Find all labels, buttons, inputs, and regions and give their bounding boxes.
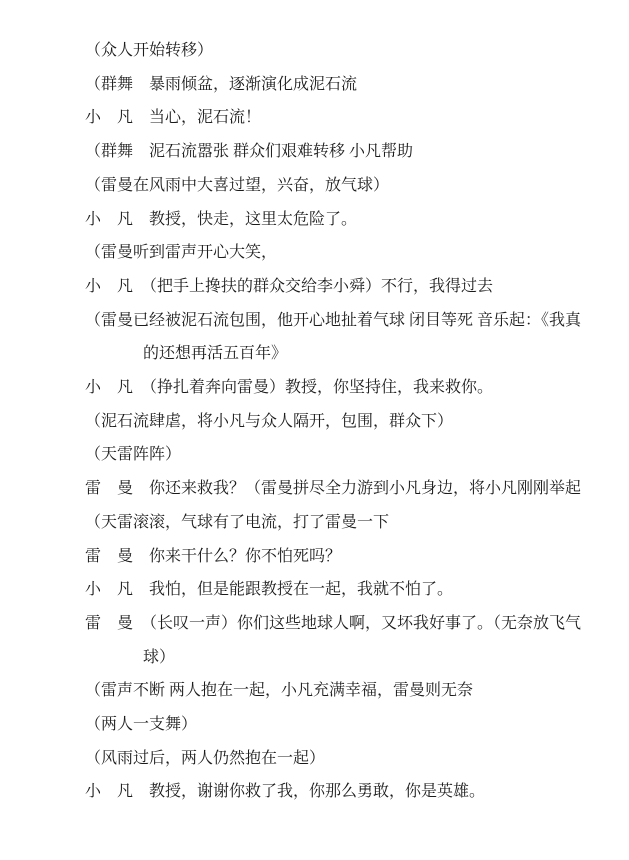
script-line: 小 凡 教授，谢谢你救了我，你那么勇敢，你是英雄。 xyxy=(85,775,615,809)
script-line: 小 凡 （挣扎着奔向雷曼）教授，你坚持住，我来救你。 xyxy=(85,371,615,405)
script-line: （泥石流肆虐，将小凡与众人隔开，包围，群众下） xyxy=(85,405,615,439)
script-line: （雷曼在风雨中大喜过望，兴奋，放气球） xyxy=(85,169,615,203)
script-line: 雷 曼 （长叹一声）你们这些地球人啊，又坏我好事了。（无奈放飞气 xyxy=(85,607,615,641)
script-line: （天雷滚滚，气球有了电流，打了雷曼一下 xyxy=(85,506,615,540)
script-line: （天雷阵阵） xyxy=(85,438,615,472)
script-line: 小 凡 我怕，但是能跟教授在一起，我就不怕了。 xyxy=(85,573,615,607)
script-line: （众人开始转移） xyxy=(85,34,615,68)
script-line: （群舞 泥石流嚣张 群众们艰难转移 小凡帮助 xyxy=(85,135,615,169)
script-line: （两人一支舞） xyxy=(85,708,615,742)
script-line: （雷曼听到雷声开心大笑， xyxy=(85,236,615,270)
script-line: 小 凡 教授，快走，这里太危险了。 xyxy=(85,203,615,237)
script-line: 小 凡 （把手上搀扶的群众交给李小舜）不行，我得过去 xyxy=(85,270,615,304)
script-line: （风雨过后，两人仍然抱在一起） xyxy=(85,742,615,776)
script-line: （雷声不断 两人抱在一起，小凡充满幸福，雷曼则无奈 xyxy=(85,674,615,708)
script-line: 小 凡 当心，泥石流！ xyxy=(85,101,615,135)
script-text-block: （众人开始转移） （群舞 暴雨倾盆，逐渐演化成泥石流 小 凡 当心，泥石流！ （… xyxy=(85,34,615,809)
script-line: 雷 曼 你还来救我？（雷曼拼尽全力游到小凡身边，将小凡刚刚举起 xyxy=(85,472,615,506)
script-line: 雷 曼 你来干什么？你不怕死吗？ xyxy=(85,540,615,574)
script-line: （雷曼已经被泥石流包围，他开心地扯着气球 闭目等死 音乐起：《我真 xyxy=(85,304,615,338)
script-line: （群舞 暴雨倾盆，逐渐演化成泥石流 xyxy=(85,68,615,102)
script-line-continuation: 的还想再活五百年》 xyxy=(85,337,615,371)
document-page: （众人开始转移） （群舞 暴雨倾盆，逐渐演化成泥石流 小 凡 当心，泥石流！ （… xyxy=(0,0,629,860)
script-line-continuation: 球） xyxy=(85,641,615,675)
